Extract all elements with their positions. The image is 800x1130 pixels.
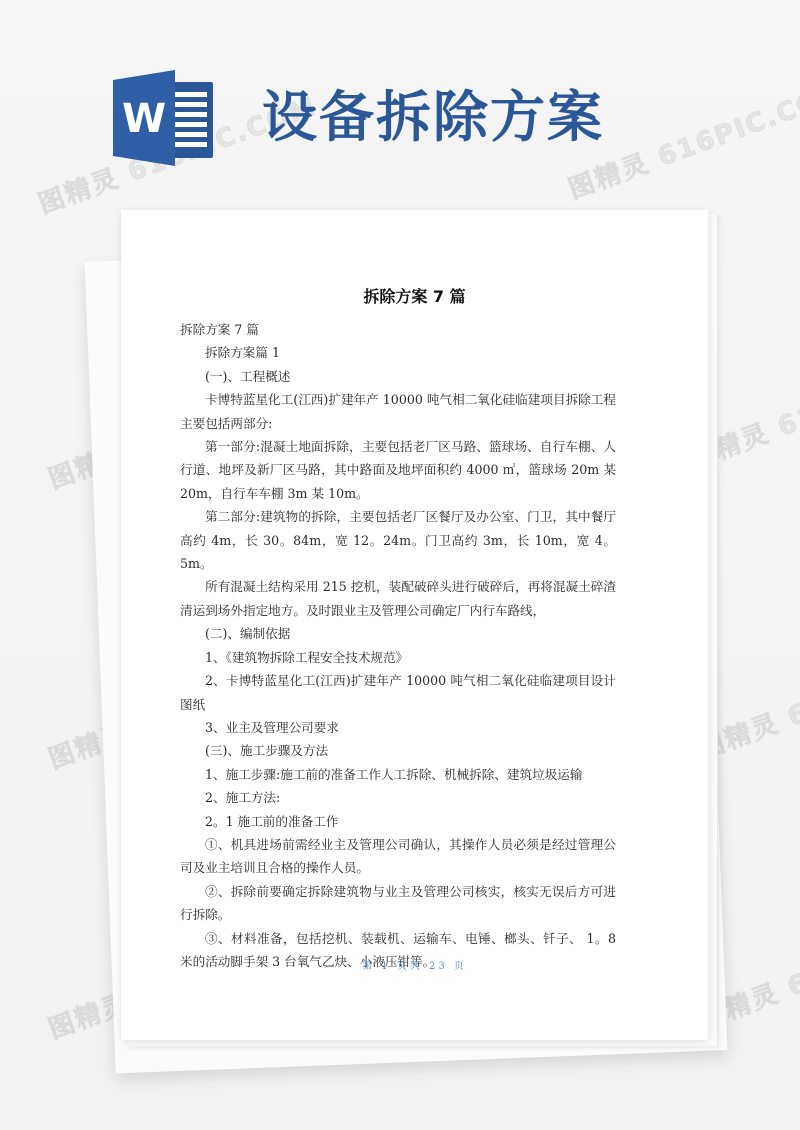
document-preview: 图精灵 616PIC.COM 图精灵 616PIC.COM 图精灵 616PIC… xyxy=(0,0,800,1130)
document-page: 拆除方案 7 篇 拆除方案 7 篇 拆除方案篇 1 (一)、工程概述 卡博特蓝星… xyxy=(121,210,708,1040)
list-item: 2。1 施工前的准备工作 xyxy=(180,810,616,833)
paragraph: 拆除方案篇 1 xyxy=(180,341,616,364)
paragraph: 第一部分:混凝土地面拆除，主要包括老厂区马路、篮球场、自行车棚、人行道、地坪及新… xyxy=(180,435,616,505)
section-heading: (三)、施工步骤及方法 xyxy=(180,739,616,762)
document-body: 拆除方案 7 篇 拆除方案篇 1 (一)、工程概述 卡博特蓝星化工(江西)扩建年… xyxy=(180,318,616,973)
list-item: 1、施工步骤:施工前的准备工作人工拆除、机械拆除、建筑垃圾运输 xyxy=(180,763,616,786)
banner-title: 设备拆除方案 xyxy=(262,84,604,150)
section-heading: (二)、编制依据 xyxy=(180,622,616,645)
section-heading: (一)、工程概述 xyxy=(180,365,616,388)
page-number-footer: 第 1 页共 23 页 xyxy=(121,957,708,972)
paragraph: 第二部分:建筑物的拆除，主要包括老厂区餐厅及办公室、门卫，其中餐厅高约 4m，长… xyxy=(180,505,616,575)
list-item: 3、业主及管理公司要求 xyxy=(180,716,616,739)
paragraph: 拆除方案 7 篇 xyxy=(180,318,616,341)
paragraph: 卡博特蓝星化工(江西)扩建年产 10000 吨气相二氧化硅临建项目拆除工程主要包… xyxy=(180,388,616,435)
list-item: 2、卡博特蓝星化工(江西)扩建年产 10000 吨气相二氧化硅临建项目设计图纸 xyxy=(180,669,616,716)
svg-text:W: W xyxy=(122,96,166,142)
list-item: ②、拆除前要确定拆除建筑物与业主及管理公司核实，核实无误后方可进行拆除。 xyxy=(180,880,616,927)
document-title: 拆除方案 7 篇 xyxy=(121,286,708,308)
list-item: ①、机具进场前需经业主及管理公司确认，其操作人员必须是经过管理公司及业主培训且合… xyxy=(180,833,616,880)
list-item: 1、《建筑物拆除工程安全技术规范》 xyxy=(180,646,616,669)
word-document-icon: W xyxy=(113,70,213,166)
paragraph: 所有混凝土结构采用 215 挖机，装配破碎头进行破碎后，再将混凝土碎渣清运到场外… xyxy=(180,575,616,622)
list-item: 2、施工方法: xyxy=(180,786,616,809)
